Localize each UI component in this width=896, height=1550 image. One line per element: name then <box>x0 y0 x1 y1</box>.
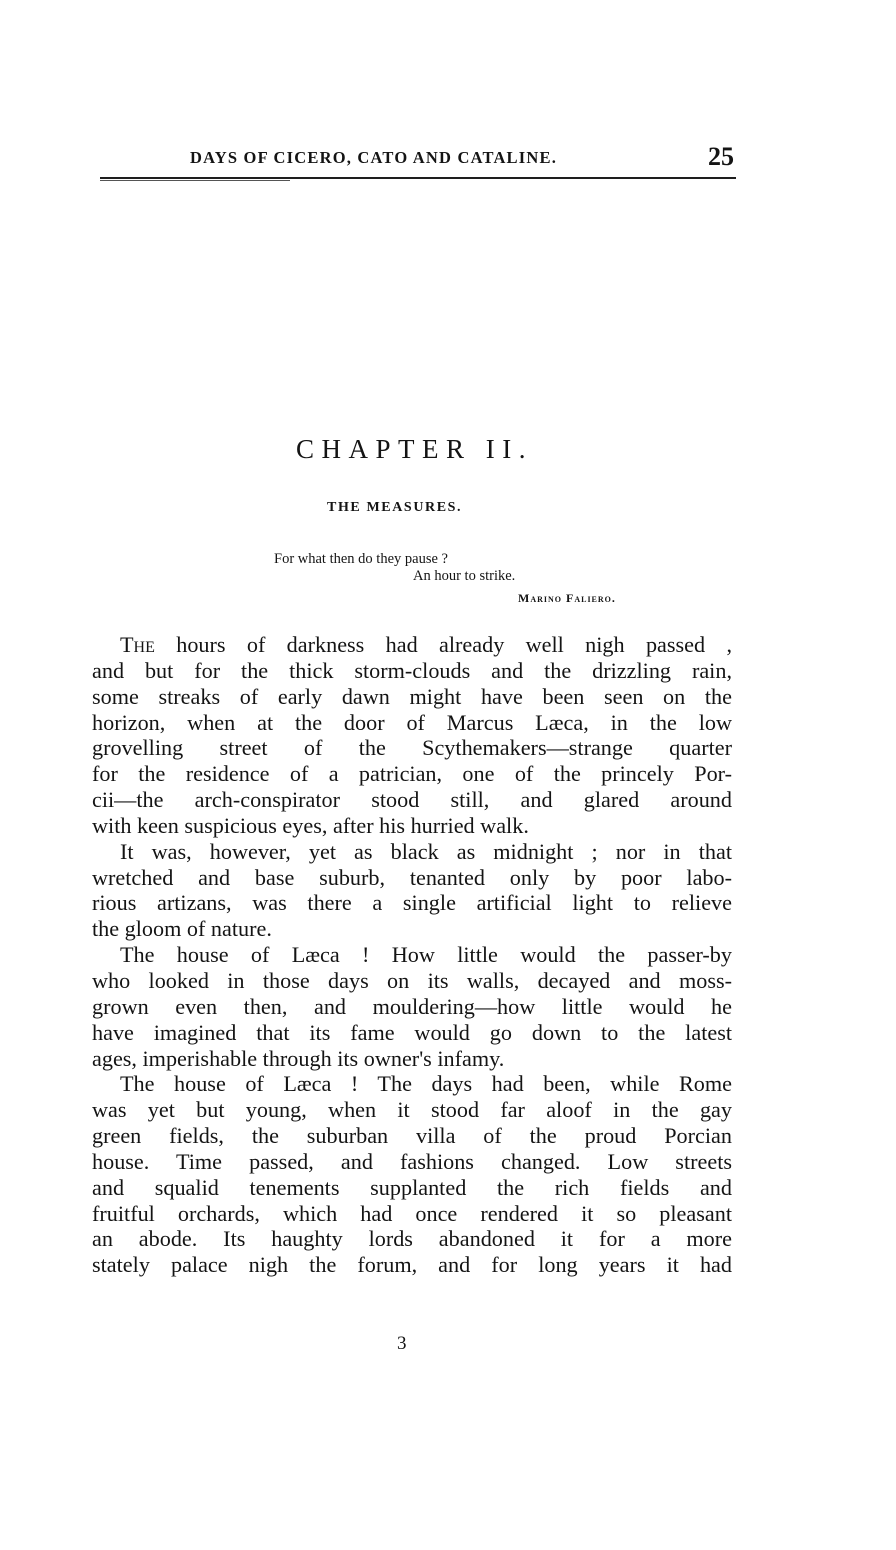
header-rule <box>100 177 736 179</box>
text-line: fruitful orchards, which had once render… <box>92 1201 732 1227</box>
text-line: an abode. Its haughty lords abandoned it… <box>92 1226 732 1252</box>
text-line: It was, however, yet as black as midnigh… <box>92 839 732 865</box>
running-title: DAYS OF CICERO, CATO AND CATALINE. <box>190 148 557 168</box>
chapter-subtitle: THE MEASURES. <box>327 500 462 516</box>
text-line: stately palace nigh the forum, and for l… <box>92 1252 732 1278</box>
drop-word: The <box>120 632 155 657</box>
epigraph-line-1: For what then do they pause ? <box>274 551 448 568</box>
text-line: rious artizans, was there a single artif… <box>92 890 732 916</box>
body-text: The hours of darkness had already well n… <box>92 632 732 1278</box>
text-line: The house of Læca ! How little would the… <box>92 942 732 968</box>
signature-mark: 3 <box>397 1333 407 1355</box>
text-line: wretched and base suburb, tenanted only … <box>92 865 732 891</box>
page-number: 25 <box>708 142 734 172</box>
text-line: horizon, when at the door of Marcus Læca… <box>92 710 732 736</box>
text-line: ages, imperishable through its owner's i… <box>92 1046 732 1072</box>
text-line: for the residence of a patrician, one of… <box>92 761 732 787</box>
text-line: some streaks of early dawn might have be… <box>92 684 732 710</box>
epigraph-attribution: Marino Faliero. <box>518 591 616 606</box>
text-line: and but for the thick storm-clouds and t… <box>92 658 732 684</box>
text-line: The hours of darkness had already well n… <box>92 632 732 658</box>
text-line: house. Time passed, and fashions changed… <box>92 1149 732 1175</box>
text-line: the gloom of nature. <box>92 916 732 942</box>
text-line: green fields, the suburban villa of the … <box>92 1123 732 1149</box>
text-line: and squalid tenements supplanted the ric… <box>92 1175 732 1201</box>
text-line: who looked in those days on its walls, d… <box>92 968 732 994</box>
chapter-title: CHAPTER II. <box>296 434 533 465</box>
text-line: The house of Læca ! The days had been, w… <box>92 1071 732 1097</box>
text-line: have imagined that its fame would go dow… <box>92 1020 732 1046</box>
epigraph-line-2: An hour to strike. <box>413 568 515 585</box>
text-line: grown even then, and mouldering—how litt… <box>92 994 732 1020</box>
running-head: DAYS OF CICERO, CATO AND CATALINE. 25 <box>100 142 736 182</box>
text-line: was yet but young, when it stood far alo… <box>92 1097 732 1123</box>
text-line: with keen suspicious eyes, after his hur… <box>92 813 732 839</box>
text-line: cii—the arch-conspirator stood still, an… <box>92 787 732 813</box>
text-line: grovelling street of the Scythemakers—st… <box>92 735 732 761</box>
header-rule-thin <box>100 180 290 181</box>
